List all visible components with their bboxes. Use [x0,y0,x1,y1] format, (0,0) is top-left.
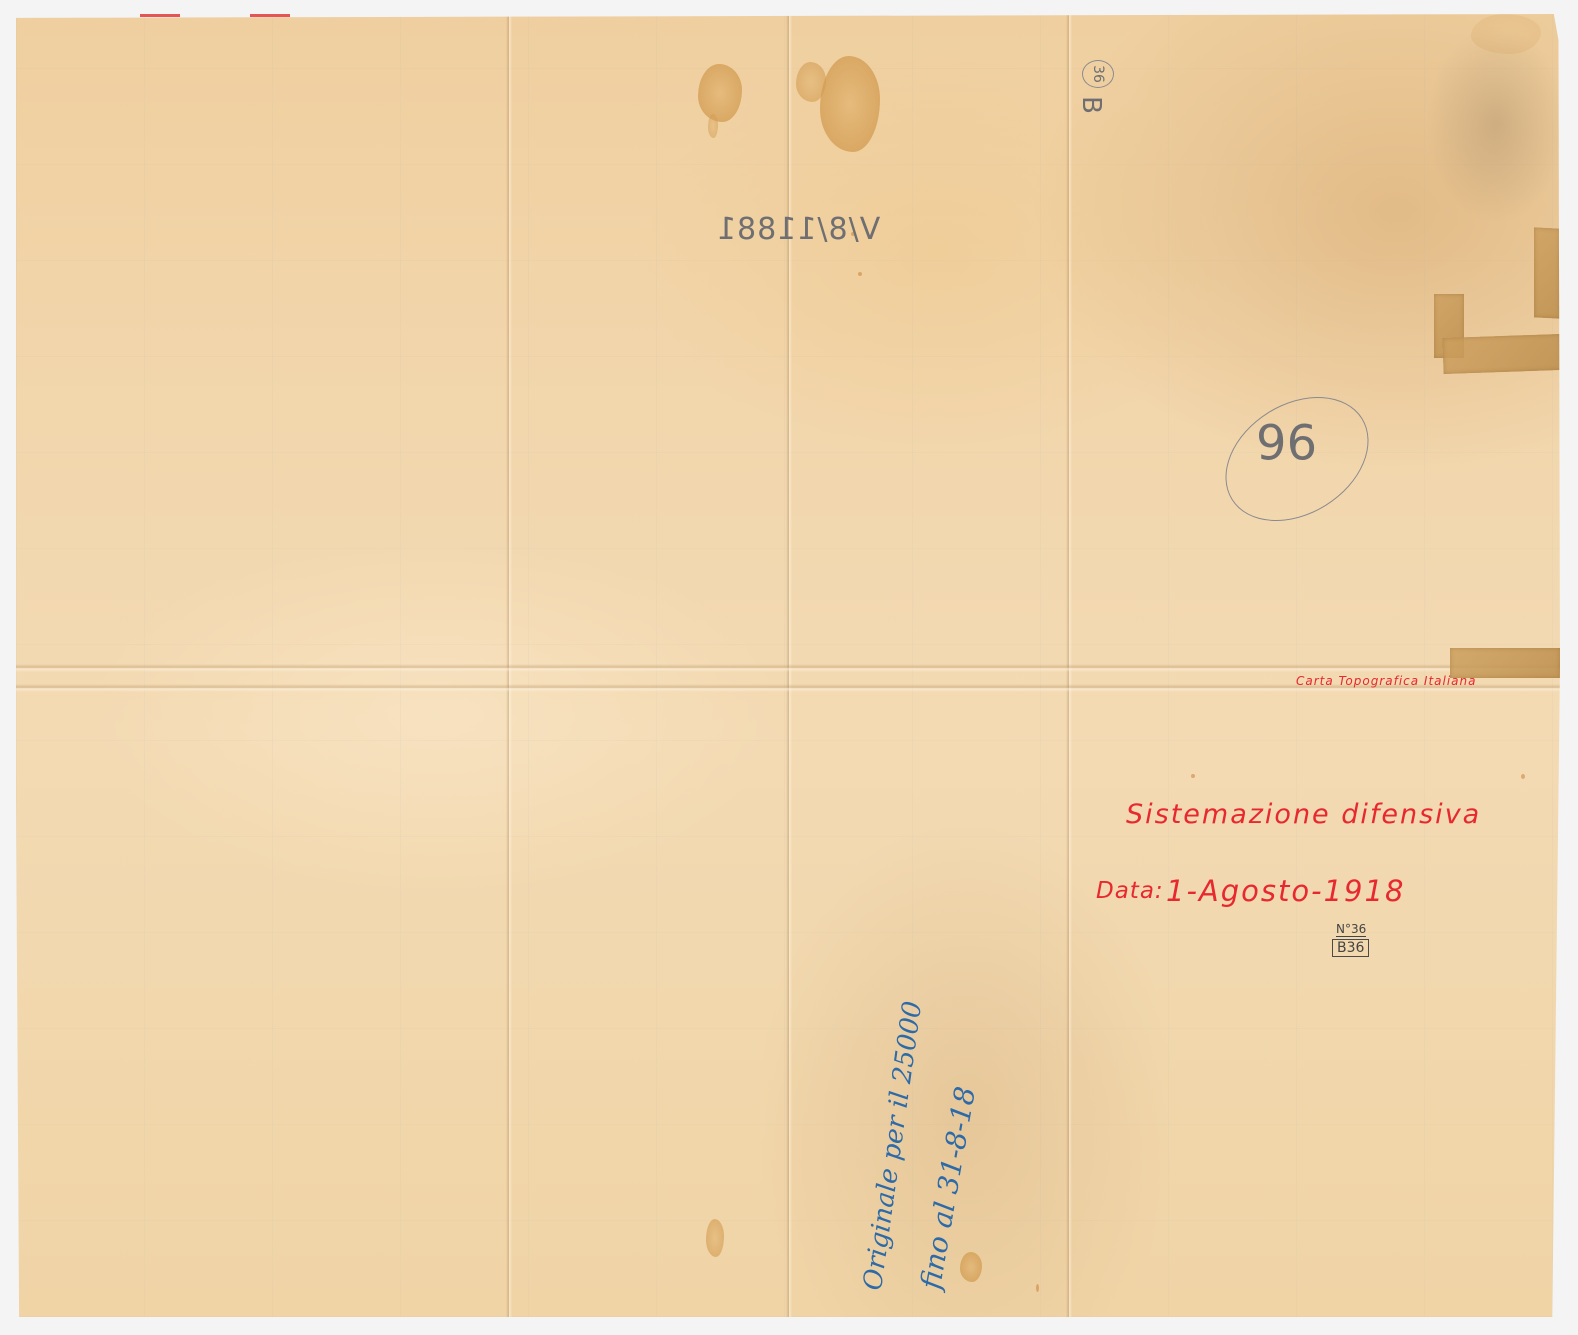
water-stain [698,64,742,122]
stamp-number: N°36 [1336,922,1366,937]
stamp-box: B36 [1332,939,1369,957]
foxing-spot [1521,774,1525,779]
pencil-circled-number: 96 [1256,412,1317,468]
water-stain [708,114,718,138]
document-sheet: V/8/11881 B 36 96 Carta Topografica Ital… [16,14,1560,1317]
adhesive-tape [1534,227,1560,318]
pencil-smudge [1426,24,1566,224]
red-edge-mark [250,14,290,17]
fold-line-horizontal [16,664,1560,672]
water-stain [960,1252,982,1282]
water-stain [706,1219,724,1257]
map-type-label: Carta Topografica Italiana [1296,674,1477,688]
pencil-corner-letter: B [1076,96,1106,114]
document-title: Sistemazione difensiva [1126,799,1481,830]
foxing-spot [1191,774,1195,778]
date-value: 1-Agosto-1918 [1166,874,1405,908]
adhesive-tape [1442,334,1561,374]
water-stain [820,56,880,152]
foxing-spot [1036,1284,1039,1292]
pencil-reference-mark: V/8/11881 [716,212,880,247]
date-label: Data: [1096,878,1164,904]
red-edge-mark [140,14,180,17]
pencil-corner-circled-number: 36 [1082,60,1114,88]
foxing-spot [858,272,862,276]
